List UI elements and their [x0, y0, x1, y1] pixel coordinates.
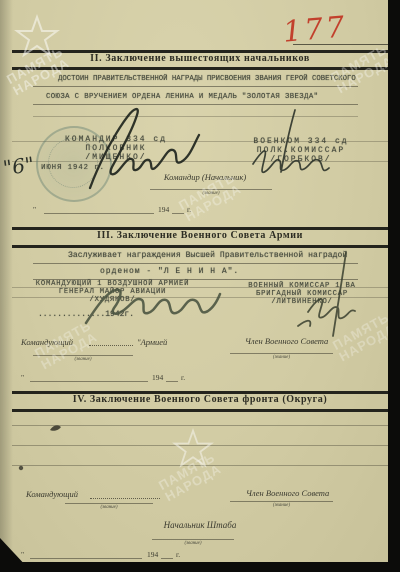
rank-line [65, 503, 153, 504]
rank-hint: (звание) [230, 355, 333, 360]
year-prefix: 194 [158, 205, 169, 214]
quote-mark: " [33, 205, 36, 214]
handwritten-day: "6" [1, 152, 35, 180]
writing-line [12, 425, 388, 426]
section2-typed-line1: ДОСТОИН ПРАВИТЕЛЬСТВЕННОЙ НАГРАДЫ ПРИСВО… [58, 75, 356, 83]
scan-left-edge-shadow [0, 0, 13, 572]
fill-in-line [90, 497, 160, 499]
rank-line [33, 355, 133, 356]
date-line [172, 213, 184, 214]
year-suffix: г. [187, 205, 191, 214]
writing-line [12, 465, 388, 466]
divider [12, 67, 388, 70]
military-council-member-caption: Член Военного Совета [246, 488, 329, 498]
army-name-caption: "Армией [137, 337, 167, 347]
year-prefix: 194 [152, 373, 163, 382]
date-line [30, 381, 148, 382]
page-number-underline [293, 44, 388, 45]
rank-hint: (звание) [152, 541, 234, 546]
rank-line [230, 501, 333, 502]
rank-hint: (звание) [33, 357, 133, 362]
signature-commissar [243, 106, 338, 196]
year-prefix: 194 [147, 550, 158, 559]
date-line [166, 381, 178, 382]
section4-heading: IV. Заключение Военного Совета фронта (О… [0, 394, 400, 405]
section2-typed-line2: СОЮЗА С ВРУЧЕНИЕМ ОРДЕНА ЛЕНИНА И МЕДАЛЬ… [46, 93, 318, 101]
chief-of-staff-caption: Начальник Штаба [140, 520, 260, 530]
star-watermark-icon [172, 428, 214, 470]
divider [12, 409, 388, 412]
section3-typed-line2: орденом - "Л Е Н И Н А". [100, 267, 239, 276]
signature-army-commander [82, 284, 222, 329]
writing-line [12, 445, 388, 446]
page-number: 177 [282, 9, 349, 48]
rank-hint: (звание) [65, 505, 153, 510]
quote-mark: " [21, 550, 24, 559]
scan-bottom-edge [0, 562, 400, 572]
archive-watermark: ПАМЯТЬ НАРОДА [150, 447, 229, 507]
quote-mark: " [21, 373, 24, 382]
date-line [44, 213, 154, 214]
ink-blot [17, 464, 25, 472]
section3-heading: III. Заключение Военного Совета Армии [0, 230, 400, 241]
year-suffix: г. [181, 373, 185, 382]
date-line [30, 558, 142, 559]
scanned-award-document: 177 II. Заключение вышестоящих начальник… [0, 0, 400, 572]
army-commander-caption: Командующий [21, 337, 73, 347]
fill-in-line [89, 344, 133, 346]
scan-right-edge [388, 0, 400, 572]
year-suffix: г. [176, 550, 180, 559]
date-line [161, 558, 173, 559]
signature-army-commissar [292, 248, 367, 343]
writing-line [33, 86, 358, 87]
ink-blot [48, 423, 64, 433]
signature-commander [82, 104, 202, 194]
section2-heading: II. Заключение вышестоящих начальников [0, 53, 400, 64]
military-council-member-caption: Член Военного Совета [245, 336, 328, 346]
front-commander-caption: Командующий [26, 489, 78, 499]
rank-line [230, 353, 333, 354]
rank-line [152, 539, 234, 540]
rank-hint: (звание) [230, 503, 333, 508]
